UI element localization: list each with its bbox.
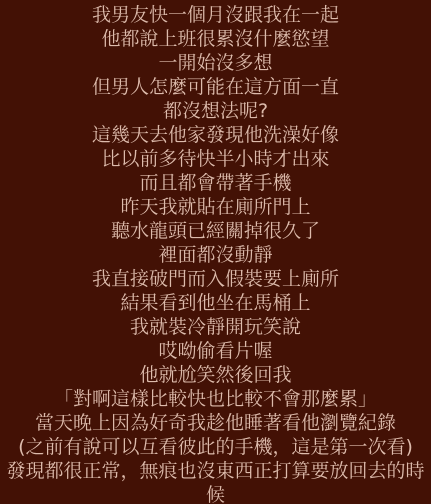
text-line: (之前有說可以互看彼此的手機，這是第一次看) bbox=[0, 435, 431, 459]
text-line: 他就尬笑然後回我 bbox=[0, 363, 431, 387]
text-line: 發現都很正常，無痕也沒東西正打算要放回去的時候 bbox=[0, 459, 431, 504]
text-line: 哎呦偷看片喔 bbox=[0, 339, 431, 363]
story-text: 我男友快一個月沒跟我在一起他都說上班很累沒什麼慾望一開始沒多想但男人怎麼可能在這… bbox=[0, 0, 431, 504]
text-line: 「對啊這樣比較快也比較不會那麼累」 bbox=[0, 387, 431, 411]
text-line: 一開始沒多想 bbox=[0, 51, 431, 75]
text-line: 我就裝冷靜開玩笑說 bbox=[0, 315, 431, 339]
text-line: 這幾天去他家發現他洗澡好像 bbox=[0, 123, 431, 147]
text-line: 聽水龍頭已經關掉很久了 bbox=[0, 219, 431, 243]
text-line: 結果看到他坐在馬桶上 bbox=[0, 291, 431, 315]
text-line: 裡面都沒動靜 bbox=[0, 243, 431, 267]
text-line: 但男人怎麼可能在這方面一直 bbox=[0, 75, 431, 99]
text-line: 當天晚上因為好奇我趁他睡著看他瀏覽紀錄 bbox=[0, 411, 431, 435]
text-line: 他都說上班很累沒什麼慾望 bbox=[0, 27, 431, 51]
text-line: 比以前多待快半小時才出來 bbox=[0, 147, 431, 171]
text-line: 我男友快一個月沒跟我在一起 bbox=[0, 3, 431, 27]
text-line: 昨天我就貼在廁所門上 bbox=[0, 195, 431, 219]
text-line: 都沒想法呢? bbox=[0, 99, 431, 123]
text-line: 而且都會帶著手機 bbox=[0, 171, 431, 195]
post-body: 我男友快一個月沒跟我在一起他都說上班很累沒什麼慾望一開始沒多想但男人怎麼可能在這… bbox=[0, 0, 431, 504]
text-line: 我直接破門而入假裝要上廁所 bbox=[0, 267, 431, 291]
